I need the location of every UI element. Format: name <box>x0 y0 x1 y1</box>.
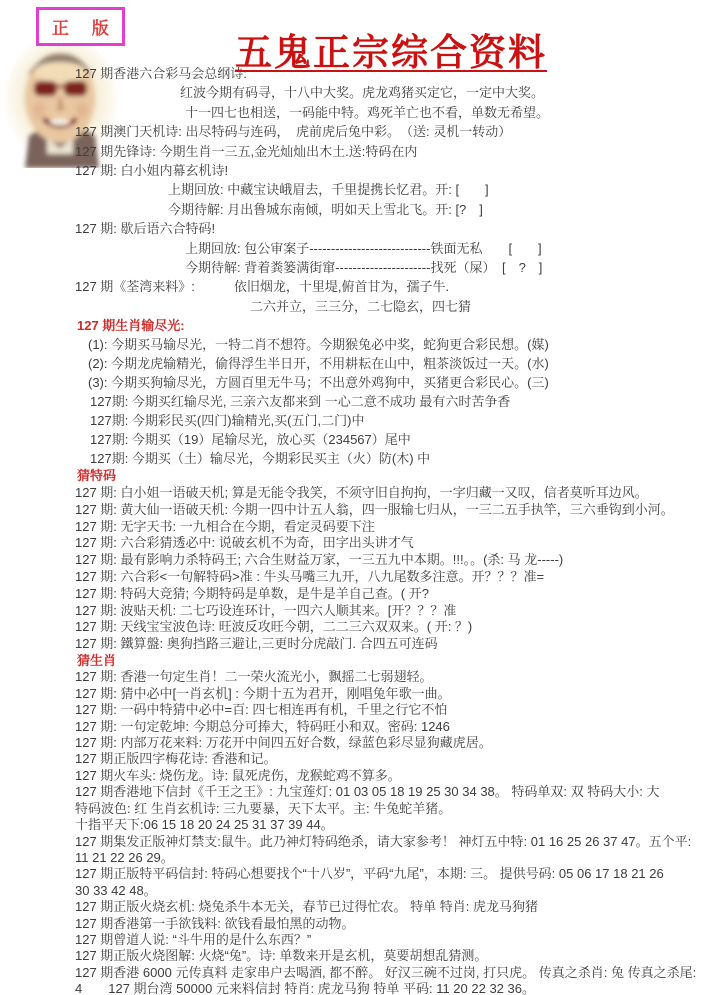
text-line: 127 期集发正版神灯禁支:鼠牛。此乃神灯特码绝杀，请大家参考！ 神灯五中特: … <box>75 834 722 850</box>
page: 正 版 五鬼正宗综合资料 <box>0 0 724 995</box>
text-line: 127 期: 鐵算盤: 奥狗挡路三避让,三更时分虎敲门. 合四五可连码 <box>75 636 722 653</box>
text-line: 127 期先锋诗: 今期生肖一三五,金光灿灿出木土.送:特码在内 <box>75 142 722 161</box>
text-line: 127 期曾道人说: “斗牛用的是什么东西？” <box>75 932 722 948</box>
section-heading-cai-shengxiao: 猜生肖 <box>75 653 722 669</box>
text-line: 127期: 今期买（土）输尽光，今期彩民买主（火）防(木) 中 <box>75 449 722 468</box>
text-line: 127 期: 无字天书: 一九相合在今期，看定灵码要下注 <box>75 519 722 536</box>
text-line: 上期回放: 包公审案子----------------------------铁… <box>75 239 722 258</box>
text-line: 二六并立，三三分，二七隐玄，四七猜 <box>75 297 722 316</box>
text-line: (2): 今期龙虎输精光，偷得浮生半日开，不用耕耘在山中，粗茶淡饭过一天。(水) <box>75 354 722 373</box>
text-line: 127 期: 波贴天机: 二七巧设连环计，一四六人顺其来。[开？？？准 <box>75 603 722 620</box>
text-line: 4 127 期台湾 50000 元来料信封 特肖: 虎龙马狗 特单 平码: 11… <box>75 981 722 995</box>
text-line: 127 期: 香港一句定生肖！二一荣火流光小，飘摇二七弱翅轻。 <box>75 669 722 685</box>
text-line: 11 21 22 26 29。 <box>75 850 722 866</box>
text-line: 127 期火车头: 烧伤龙。诗: 鼠死虎伤，龙猴蛇鸡不算多。 <box>75 768 722 784</box>
text-line: 127 期: 猜中必中[一肖玄机] : 今期十五为君开，刚唱兔年歌一曲。 <box>75 686 722 702</box>
text-line: 特码波色: 红 生肖玄机诗: 三九要暴，天下太平。主: 牛兔蛇羊猪。 <box>75 801 722 817</box>
text-line: 127期: 今期买（19）尾输尽光，放心买（234567）尾中 <box>75 430 722 449</box>
text-line: 127 期: 六合彩<一句解特码>准 : 牛头马嘴三九开，八九尾数多注意。开？？… <box>75 569 722 586</box>
text-line: 今期待解: 月出鲁城东南倾，明如天上雪北飞。开: [? ] <box>75 200 722 219</box>
text-line: (1): 今期买马输尽光，一特二肖不想符。今期猴兔必中奖，蛇狗更合彩民想。(媒) <box>75 335 722 354</box>
section-heading-shengxiao-shujinguang: 127 期生肖输尽光: <box>75 316 722 335</box>
section-shengxiao-shujinguang: 127 期生肖输尽光:(1): 今期买马输尽光，一特二肖不想符。今期猴兔必中奖，… <box>75 316 722 468</box>
text-line: 127 期正版火烧图解: 火烧“兔”。诗: 单数来开是玄机，莫要胡想乱猜测。 <box>75 948 722 964</box>
text-line: 127 期: 一句定乾坤: 今期总分可捧大，特码旺小和双。密码: 1246 <box>75 719 722 735</box>
text-line: 127 期: 内部万花来料: 万花开中间四五好合数，绿蓝色彩尽显狗藏虎居。 <box>75 735 722 751</box>
text-line: 127 期: 白小姐内幕玄机诗! <box>75 161 722 180</box>
text-line: 127 期: 黄大仙一语破天机: 今期一四中计五人翁，四一服输七归从，一三二五手… <box>75 502 722 519</box>
text-line: 今期待解: 背着粪篓满街窜----------------------找死（屎）… <box>75 258 722 277</box>
text-line: 127 期澳门天机诗: 出尽特码与连码， 虎前虎后兔中彩。 （送: 灵机一转动） <box>75 122 722 141</box>
text-line: 127 期: 六合彩猜透必中: 说破玄机不为奇，田字出头讲才气 <box>75 535 722 552</box>
text-line: 127 期香港 6000 元传真料 走家串户去喝酒, 都不醉。 好汉三碗不过岗,… <box>75 965 722 981</box>
text-line: 红波今期有码寻，十八中大奖。虎龙鸡猪买定它，一定中大奖。 <box>75 83 722 102</box>
text-line: 127 期: 歇后语六合特码! <box>75 219 722 238</box>
text-line: 127 期: 白小姐一语破天机; 算是无能令我笑，不须守旧自拘拘，一字归藏一又叹… <box>75 485 722 502</box>
text-line: 127 期香港地下信封《千王之王》: 九宝莲灯: 01 03 05 18 19 … <box>75 784 722 800</box>
text-line: 127 期: 一码中特猜中必中=百: 四七相连再有机，千里之行它不怕 <box>75 702 722 718</box>
content-lines: 127 期香港六合彩马会总纲诗:红波今期有码寻，十八中大奖。虎龙鸡猪买定它，一定… <box>75 64 722 995</box>
text-line: 127 期: 最有影响力杀特码王; 六合生财益万家，一三五九中本期。!!!。。(… <box>75 552 722 569</box>
text-line: 127 期正版四字梅花诗: 香港和记。 <box>75 751 722 767</box>
section-cai-shengxiao: 猜生肖127 期: 香港一句定生肖！二一荣火流光小，飘摇二七弱翅轻。127 期:… <box>75 653 722 995</box>
text-line: 127期: 今期买红输尽光, 三亲六友都来到 一心二意不成功 最有六时苦争香 <box>75 392 722 411</box>
text-line: 上期回放: 中藏宝诀峨眉去，千里提携长忆君。开: [ ] <box>75 180 722 199</box>
text-line: 十一四七也相送，一码能中特。鸡死羊亡也不看，单数无希望。 <box>75 103 722 122</box>
text-line: 30 33 42 48。 <box>75 883 722 899</box>
genuine-badge: 正 版 <box>36 7 125 46</box>
text-line: 127 期正版特平码信封: 特码心想要找个“十八岁”，平码“九尾”，本期: 三。… <box>75 866 722 882</box>
text-line: 十指平天下:06 15 18 20 24 25 31 37 39 44。 <box>75 817 722 833</box>
section-heading-cai-tema: 猜特码 <box>75 468 722 485</box>
text-line: 127 期香港第一手欲钱料: 欲钱看最怕黑的动物。 <box>75 916 722 932</box>
text-line: (3): 今期买狗输尽光，方圆百里无牛马；不出意外鸡狗中，买猪更合彩民心。(三) <box>75 373 722 392</box>
text-line: 127期: 今期彩民买(四门)输精光,买(五门,二门)中 <box>75 411 722 430</box>
text-line: 127 期: 特码大竞猜; 今期特码是单数，是牛是羊自己查。( 开? <box>75 586 722 603</box>
text-line: 127 期正版火烧玄机: 烧兔杀牛本无关，春节已过得忙农。 特单 特肖: 虎龙马… <box>75 899 722 915</box>
section-top: 127 期香港六合彩马会总纲诗:红波今期有码寻，十八中大奖。虎龙鸡猪买定它，一定… <box>75 64 722 316</box>
section-cai-tema: 猜特码127 期: 白小姐一语破天机; 算是无能令我笑，不须守旧自拘拘，一字归藏… <box>75 468 722 653</box>
text-line: 127 期: 天线宝宝波色诗: 旺波反攻旺今朝，二二三六双双来。( 开: ？) <box>75 619 722 636</box>
text-line: 127 期《荃湾来料》: 依旧烟龙，十里堤,俯首甘为，孺子牛. <box>75 277 722 296</box>
